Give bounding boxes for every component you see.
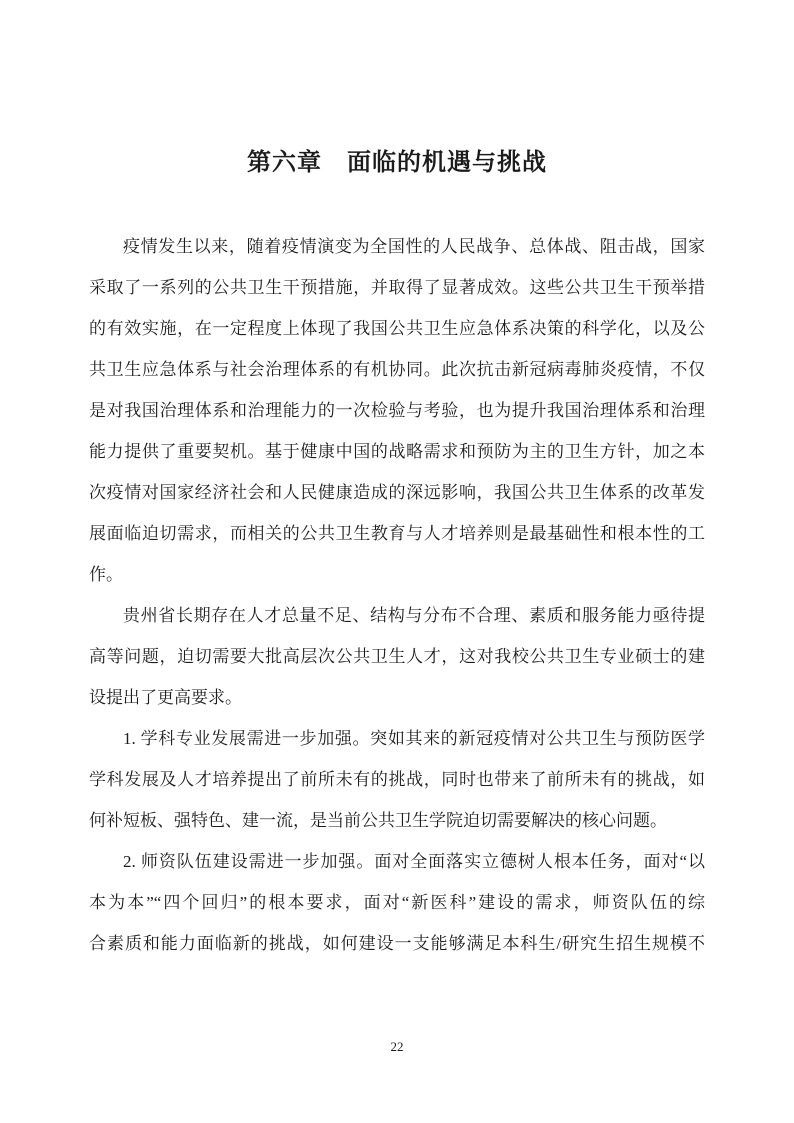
text-line: 采取了一系列的公共卫生干预措施，并取得了显著成效。这些公共卫生干预举措 xyxy=(89,267,705,308)
chapter-title: 第六章 面临的机遇与挑战 xyxy=(0,0,794,178)
text-line: 疫情发生以来，随着疫情演变为全国性的人民战争、总体战、阻击战，国家 xyxy=(89,226,705,267)
paragraph: 2. 师资队伍建设需进一步加强。面对全面落实立德树人根本任务，面对“以本为本”“… xyxy=(89,841,705,964)
paragraph: 贵州省长期存在人才总量不足、结构与分布不合理、素质和服务能力亟待提高等问题，迫切… xyxy=(89,595,705,718)
text-line: 贵州省长期存在人才总量不足、结构与分布不合理、素质和服务能力亟待提 xyxy=(89,595,705,636)
page-number: 22 xyxy=(0,1040,794,1054)
text-line: 共卫生应急体系与社会治理体系的有机协同。此次抗击新冠病毒肺炎疫情，不仅 xyxy=(89,349,705,390)
text-line: 学科发展及人才培养提出了前所未有的挑战，同时也带来了前所未有的挑战，如 xyxy=(89,759,705,800)
paragraph: 疫情发生以来，随着疫情演变为全国性的人民战争、总体战、阻击战，国家采取了一系列的… xyxy=(89,226,705,595)
text-line: 2. 师资队伍建设需进一步加强。面对全面落实立德树人根本任务，面对“以 xyxy=(89,841,705,882)
text-line: 高等问题，迫切需要大批高层次公共卫生人才，这对我校公共卫生专业硕士的建 xyxy=(89,636,705,677)
text-line: 次疫情对国家经济社会和人民健康造成的深远影响，我国公共卫生体系的改革发 xyxy=(89,472,705,513)
text-line: 合素质和能力面临新的挑战，如何建设一支能够满足本科生/研究生招生规模不 xyxy=(89,923,705,964)
text-line: 本为本”“四个回归”的根本要求，面对“新医科”建设的需求，师资队伍的综 xyxy=(89,882,705,923)
document-page: 第六章 面临的机遇与挑战 疫情发生以来，随着疫情演变为全国性的人民战争、总体战、… xyxy=(0,0,794,1123)
text-line: 1. 学科专业发展需进一步加强。突如其来的新冠疫情对公共卫生与预防医学 xyxy=(89,718,705,759)
text-line: 是对我国治理体系和治理能力的一次检验与考验，也为提升我国治理体系和治理 xyxy=(89,390,705,431)
text-line: 展面临迫切需求，而相关的公共卫生教育与人才培养则是最基础性和根本性的工 xyxy=(89,513,705,554)
text-line: 何补短板、强特色、建一流，是当前公共卫生学院迫切需要解决的核心问题。 xyxy=(89,800,705,841)
text-line: 作。 xyxy=(89,554,705,595)
paragraph: 1. 学科专业发展需进一步加强。突如其来的新冠疫情对公共卫生与预防医学学科发展及… xyxy=(89,718,705,841)
text-line: 设提出了更高要求。 xyxy=(89,677,705,718)
text-line: 能力提供了重要契机。基于健康中国的战略需求和预防为主的卫生方针，加之本 xyxy=(89,431,705,472)
body-text: 疫情发生以来，随着疫情演变为全国性的人民战争、总体战、阻击战，国家采取了一系列的… xyxy=(89,226,705,964)
text-line: 的有效实施，在一定程度上体现了我国公共卫生应急体系决策的科学化，以及公 xyxy=(89,308,705,349)
